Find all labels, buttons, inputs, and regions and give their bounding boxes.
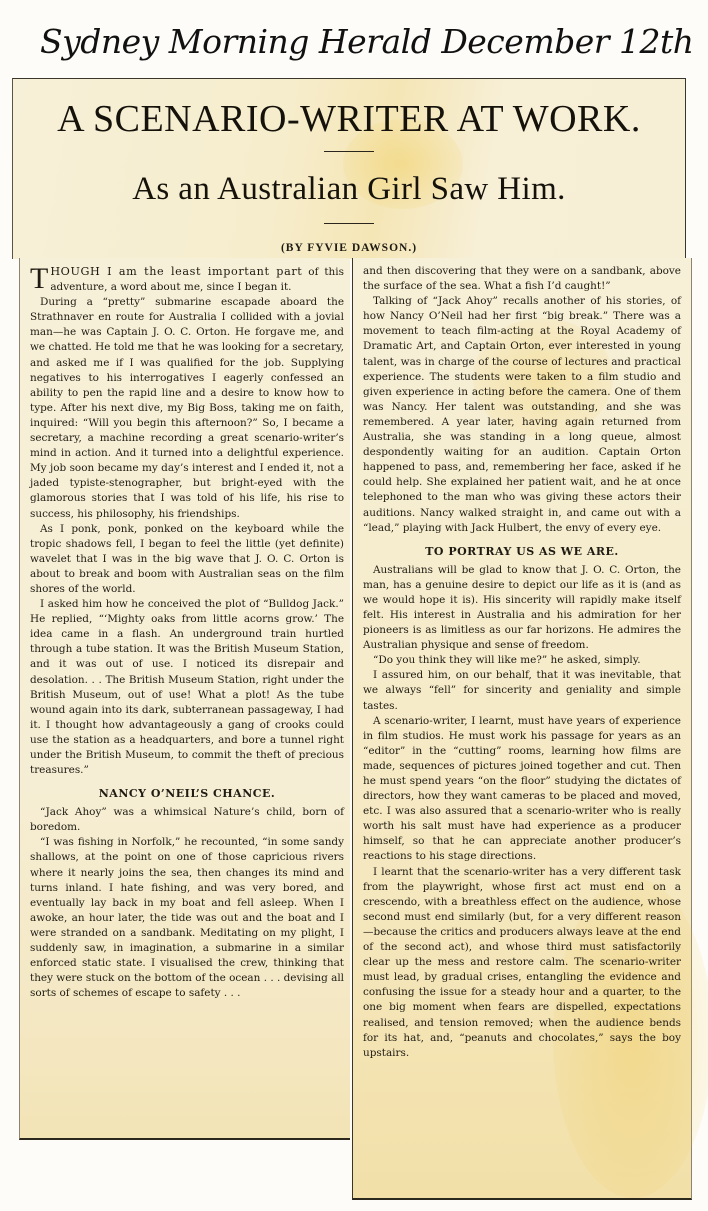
body-paragraph: I learnt that the scenario-writer has a … — [363, 865, 681, 1061]
article-headline: A SCENARIO-WRITER AT WORK. — [13, 97, 685, 141]
body-paragraph: I assured him, on our behalf, that it wa… — [363, 668, 681, 713]
body-paragraph: and then discovering that they were on a… — [363, 264, 681, 294]
article-subheadline: As an Australian Girl Saw Him. — [13, 171, 685, 208]
subheadline-rule — [324, 223, 374, 224]
body-paragraph: A scenario-writer, I learnt, must have y… — [363, 714, 681, 865]
lead-paragraph: THOUGH I am the least important part of … — [30, 264, 344, 295]
article-column-right: and then discovering that they were on a… — [352, 258, 692, 1200]
body-paragraph: During a “pretty” submarine escapade abo… — [30, 295, 344, 521]
body-paragraph: Australians will be glad to know that J.… — [363, 563, 681, 654]
article-header-clipping: A SCENARIO-WRITER AT WORK. As an Austral… — [12, 78, 686, 259]
body-paragraph: “Do you think they will like me?” he ask… — [363, 653, 681, 668]
lead-caps: HOUGH I am the least important part — [50, 265, 302, 278]
body-paragraph: As I ponk, ponk, ponked on the keyboard … — [30, 522, 344, 597]
body-paragraph: “I was fishing in Norfolk,” he recounted… — [30, 835, 344, 1001]
headline-rule — [324, 151, 374, 152]
handwritten-source-annotation: Sydney Morning Herald December 12th — [40, 10, 700, 74]
body-paragraph: I asked him how he conceived the plot of… — [30, 597, 344, 778]
article-byline: (BY FYVIE DAWSON.) — [13, 242, 685, 254]
article-column-left: THOUGH I am the least important part of … — [19, 258, 350, 1140]
section-heading: TO PORTRAY US AS WE ARE. — [363, 544, 681, 559]
section-heading: NANCY O’NEIL’S CHANCE. — [30, 786, 344, 801]
drop-cap: T — [30, 266, 48, 292]
body-paragraph: “Jack Ahoy” was a whimsical Nature’s chi… — [30, 805, 344, 835]
body-paragraph: Talking of “Jack Ahoy” recalls another o… — [363, 294, 681, 536]
